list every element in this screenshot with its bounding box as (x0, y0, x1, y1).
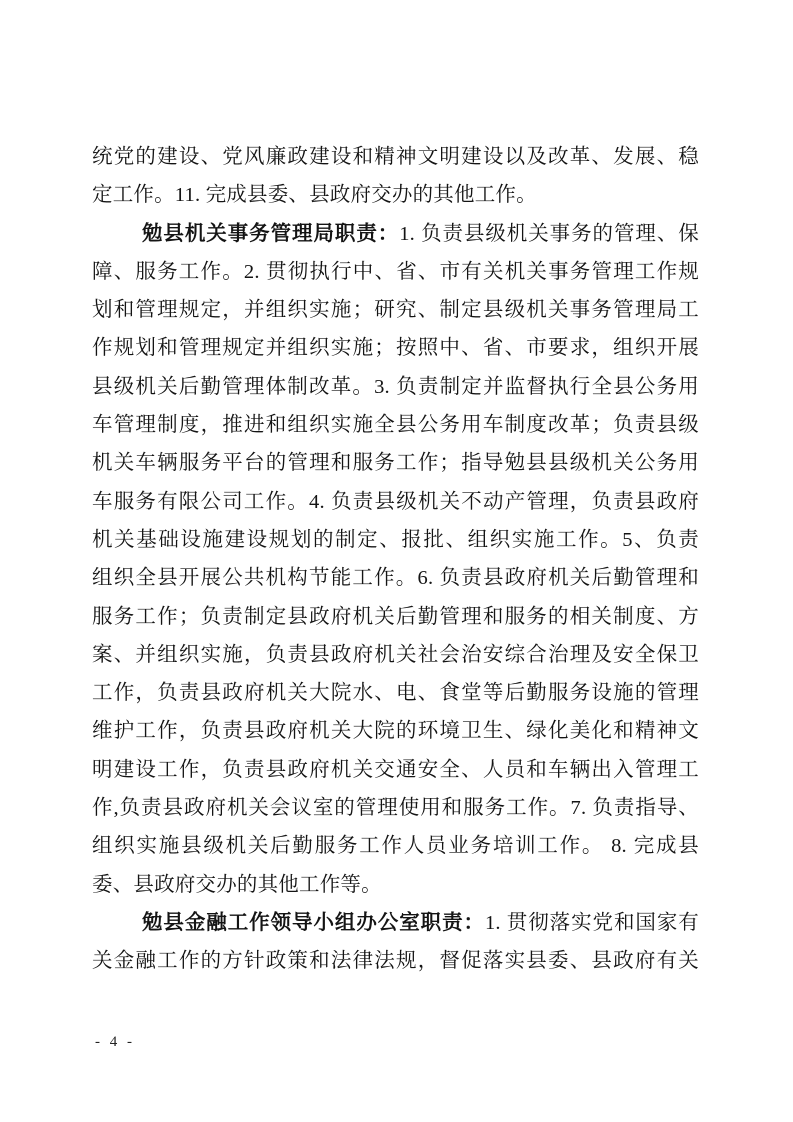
section-heading: 勉县机关事务管理局职责： (142, 223, 399, 245)
text-line: 统党的建设、党风廉政建设和精神文明建设以及改革、发展、稳 (92, 138, 699, 176)
text-line: 县级机关后勤管理体制改革。3. 负责制定并监督执行全县公务用 (92, 368, 699, 406)
text-line: 明建设工作，负责县政府机关交通安全、人员和车辆出入管理工 (92, 751, 699, 789)
text-line: 组织全县开展公共机构节能工作。6. 负责县政府机关后勤管理和 (92, 559, 699, 597)
page-number: - 4 - (95, 1034, 135, 1051)
section-heading: 勉县金融工作领导小组办公室职责： (142, 912, 485, 934)
text-line: 勉县金融工作领导小组办公室职责：1. 贯彻落实党和国家有 (92, 904, 699, 942)
text-line: 作,负责县政府机关会议室的管理使用和服务工作。7. 负责指导、 (92, 789, 699, 827)
text-line: 服务工作；负责制定县政府机关后勤管理和服务的相关制度、方 (92, 598, 699, 636)
text-line: 机关车辆服务平台的管理和服务工作；指导勉县县级机关公务用 (92, 444, 699, 482)
text-line: 划和管理规定，并组织实施；研究、制定县级机关事务管理局工 (92, 291, 699, 329)
text-line: 车服务有限公司工作。4. 负责县级机关不动产管理，负责县政府 (92, 483, 699, 521)
document-body: 统党的建设、党风廉政建设和精神文明建设以及改革、发展、稳定工作。11. 完成县委… (92, 138, 699, 981)
text-line: 案、并组织实施，负责县政府机关社会治安综合治理及安全保卫 (92, 636, 699, 674)
text-line: 关金融工作的方针政策和法律法规，督促落实县委、县政府有关 (92, 942, 699, 980)
text-line: 车管理制度，推进和组织实施全县公务用车制度改革；负责县级 (92, 406, 699, 444)
text-line: 工作，负责县政府机关大院水、电、食堂等后勤服务设施的管理 (92, 674, 699, 712)
text-line: 定工作。11. 完成县委、县政府交办的其他工作。 (92, 176, 699, 214)
text-line: 维护工作，负责县政府机关大院的环境卫生、绿化美化和精神文 (92, 712, 699, 750)
text-line: 作规划和管理规定并组织实施；按照中、省、市要求，组织开展 (92, 329, 699, 367)
text-line: 委、县政府交办的其他工作等。 (92, 866, 699, 904)
text-line: 机关基础设施建设规划的制定、报批、组织实施工作。5、负责 (92, 521, 699, 559)
text-line: 组织实施县级机关后勤服务工作人员业务培训工作。 8. 完成县 (92, 827, 699, 865)
text-line: 障、服务工作。2. 贯彻执行中、省、市有关机关事务管理工作规 (92, 253, 699, 291)
text-line: 勉县机关事务管理局职责：1. 负责县级机关事务的管理、保 (92, 215, 699, 253)
document-page: 统党的建设、党风廉政建设和精神文明建设以及改革、发展、稳定工作。11. 完成县委… (0, 0, 793, 1122)
